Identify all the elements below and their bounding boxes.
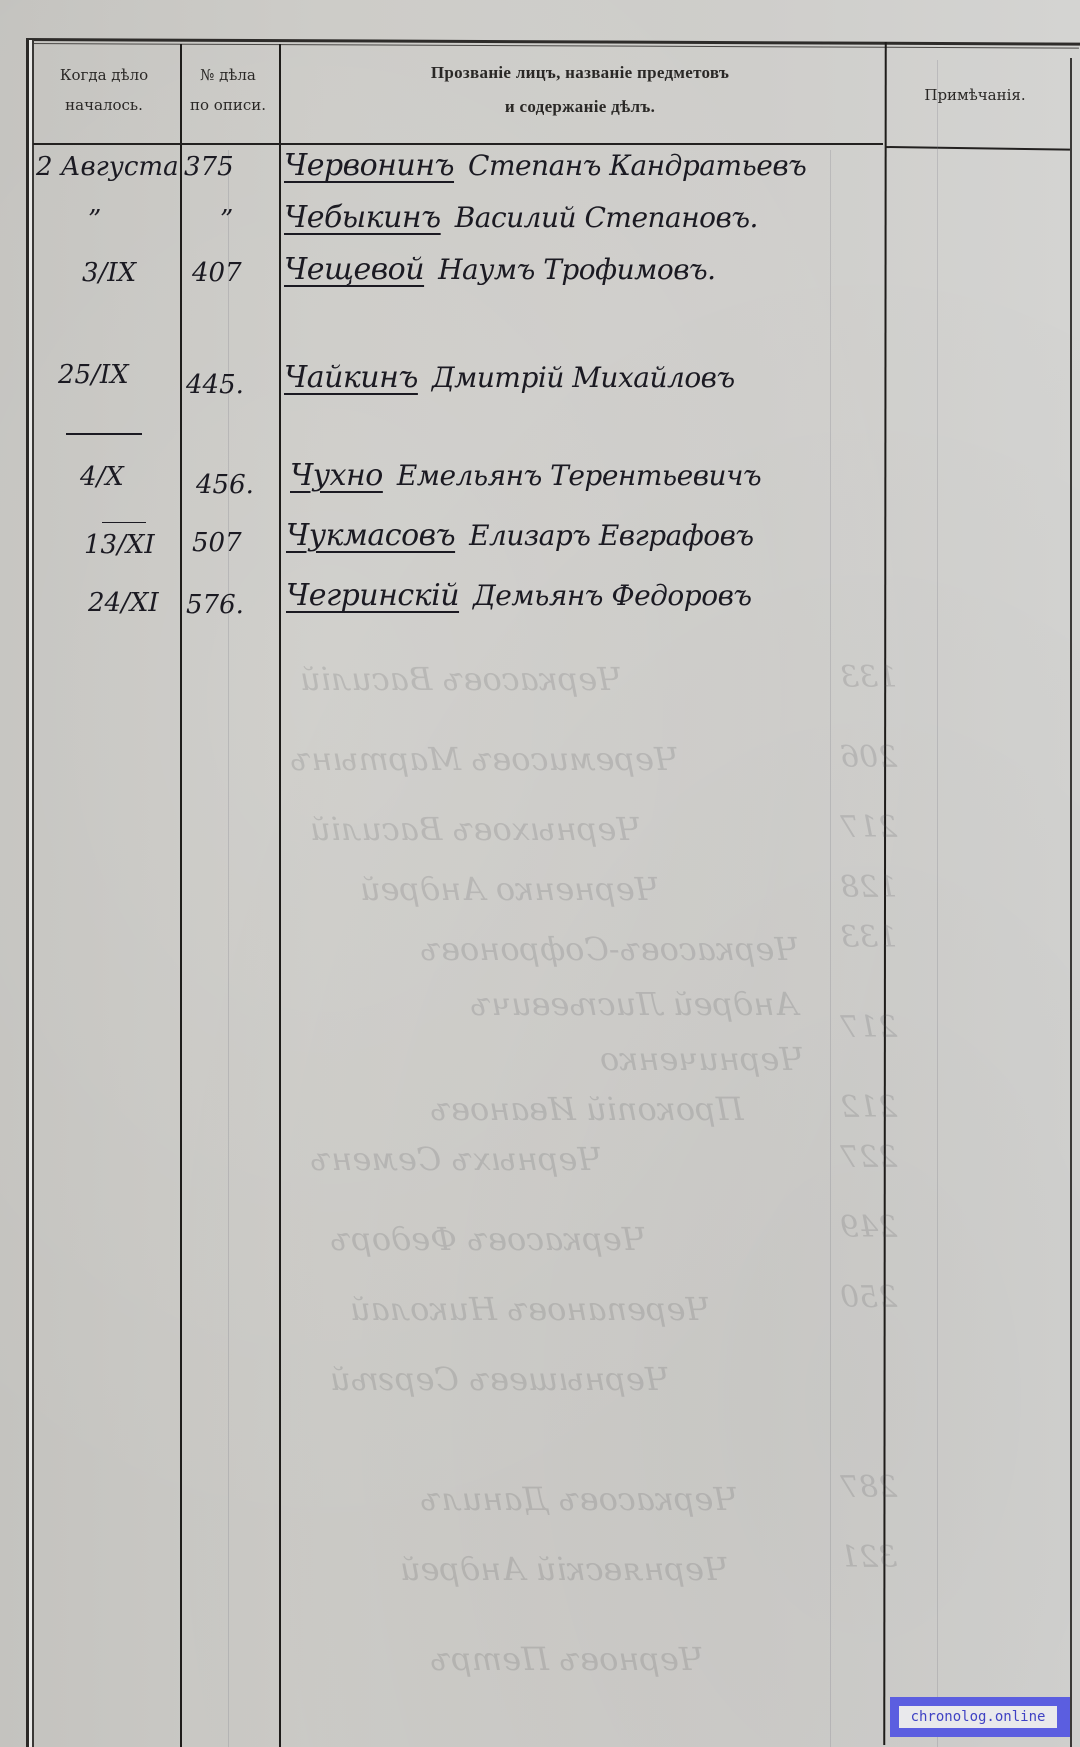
bleed-through-text: Чернявскій Андрей xyxy=(400,1550,729,1588)
entry-given-name: Емельянъ Терентьевичъ xyxy=(397,459,761,492)
bleed-through-number: 287 xyxy=(840,1470,897,1505)
entry-given-name: Степанъ Кандратьевъ xyxy=(468,149,806,182)
bleed-through-number: 217 xyxy=(840,810,897,845)
entry-name: ЧещевойНаумъ Трофимовъ. xyxy=(284,252,716,287)
entry-number: 375 xyxy=(184,152,234,182)
entry-surname: Чухно xyxy=(290,458,383,493)
entry-given-name: Демьянъ Федоровъ xyxy=(473,579,752,612)
entry-date: ” xyxy=(88,205,101,235)
bleed-through-number: 249 xyxy=(840,1210,897,1245)
table-left-border xyxy=(26,40,29,1747)
entry-date: 4/X xyxy=(80,462,124,492)
watermark-text: chronolog.online xyxy=(899,1706,1057,1728)
bleed-through-text: Черкасовъ-Софроновъ xyxy=(420,930,799,968)
entry-surname: Червонинъ xyxy=(284,148,454,183)
header-line: Прозваніе лицъ, названіе предметовъ xyxy=(280,56,880,90)
entry-given-name: Елизаръ Евграфовъ xyxy=(469,519,754,552)
entry-number: 507 xyxy=(192,528,242,558)
entry-number: 407 xyxy=(192,258,242,288)
bleed-rule xyxy=(937,60,938,1747)
entry-name: ЧегринскійДемьянъ Федоровъ xyxy=(286,578,752,613)
bleed-through-text: Черниченко xyxy=(600,1040,804,1078)
entry-date: 24/XI xyxy=(88,588,159,618)
bleed-through-text: Андрей Лисѣевичъ xyxy=(470,985,799,1023)
header-bottom-rule-right xyxy=(885,146,1070,151)
table-right-border xyxy=(1070,58,1072,1747)
bleed-through-text: Черныховъ Василій xyxy=(310,810,641,848)
bleed-through-text: Черепановъ Николай xyxy=(350,1290,710,1328)
entry-surname: Чукмасовъ xyxy=(286,518,455,553)
entry-date: 13/XI xyxy=(84,530,155,560)
bleed-through-text: Черемисовъ Мартынъ xyxy=(290,740,679,778)
bleed-through-number: 217 xyxy=(840,1010,897,1045)
bleed-through-number: 212 xyxy=(840,1090,897,1125)
entry-name: ЧервонинъСтепанъ Кандратьевъ xyxy=(284,148,806,183)
entry-number: 456. xyxy=(196,470,254,500)
register-page: Когда дѣло началось. № дѣла по описи. Пр… xyxy=(0,0,1080,1747)
bleed-through-text: Черновъ Петръ xyxy=(430,1640,704,1678)
bleed-through-number: 227 xyxy=(840,1140,897,1175)
watermark-badge: chronolog.online xyxy=(890,1697,1070,1737)
date-separator-rule xyxy=(102,522,146,523)
header-line: по описи. xyxy=(180,90,276,120)
table-top-border xyxy=(26,38,1080,46)
entry-given-name: Дмитрій Михайловъ xyxy=(432,361,735,394)
header-line: № дѣла xyxy=(180,60,276,90)
header-case-number: № дѣла по описи. xyxy=(180,60,276,120)
header-bottom-rule xyxy=(33,143,883,145)
bleed-through-number: 206 xyxy=(840,740,897,775)
entry-name: ЧухноЕмельянъ Терентьевичъ xyxy=(290,458,761,493)
bleed-rule xyxy=(830,150,831,1747)
entry-given-name: Наумъ Трофимовъ. xyxy=(438,253,715,286)
header-date-started: Когда дѣло началось. xyxy=(34,60,174,120)
bleed-through-number: 133 xyxy=(840,660,897,695)
entry-surname: Чещевой xyxy=(284,252,424,287)
entry-surname: Чебыкинъ xyxy=(284,200,441,235)
bleed-through-text: Черкасовъ Василій xyxy=(300,660,622,698)
header-line: началось. xyxy=(34,90,174,120)
bleed-through-number: 250 xyxy=(840,1280,897,1315)
bleed-through-text: Черненко Андрей xyxy=(360,870,659,908)
bleed-through-number: 133 xyxy=(840,920,897,955)
entry-name: ЧебыкинъВасилий Степановъ. xyxy=(284,200,758,235)
entry-date: 3/IX xyxy=(82,258,136,288)
bleed-through-number: 321 xyxy=(840,1540,897,1575)
header-line: и содержаніе дѣлъ. xyxy=(280,90,880,124)
bleed-through-text: Черкасовъ Федоръ xyxy=(330,1220,647,1258)
column-divider-1 xyxy=(180,44,182,1747)
entry-number: 445. xyxy=(186,370,244,400)
entry-surname: Чегринскій xyxy=(286,578,459,613)
entry-number: 576. xyxy=(186,590,244,620)
entry-name: ЧайкинъДмитрій Михайловъ xyxy=(284,360,735,395)
entry-date: 2 Августа xyxy=(36,152,179,182)
header-notes: Примѣчанія. xyxy=(890,86,1060,104)
header-names-and-contents: Прозваніе лицъ, названіе предметовъ и со… xyxy=(280,56,880,124)
entry-given-name: Василий Степановъ. xyxy=(455,201,758,234)
bleed-through-text: Черныхъ Семенъ xyxy=(310,1140,602,1178)
bleed-through-text: Черкасовъ Данилъ xyxy=(420,1480,738,1518)
bleed-through-text: Прокопій Ивановъ xyxy=(430,1090,744,1128)
entry-name: ЧукмасовъЕлизаръ Евграфовъ xyxy=(286,518,754,553)
entry-surname: Чайкинъ xyxy=(284,360,418,395)
column-divider-2 xyxy=(279,44,281,1747)
bleed-through-text: Чернышевъ Сергѣй xyxy=(330,1360,670,1398)
header-line: Когда дѣло xyxy=(34,60,174,90)
bleed-through-number: 128 xyxy=(840,870,897,905)
date-separator-rule xyxy=(66,433,142,435)
entry-number: ” xyxy=(220,205,233,235)
entry-date: 25/IX xyxy=(58,360,129,390)
